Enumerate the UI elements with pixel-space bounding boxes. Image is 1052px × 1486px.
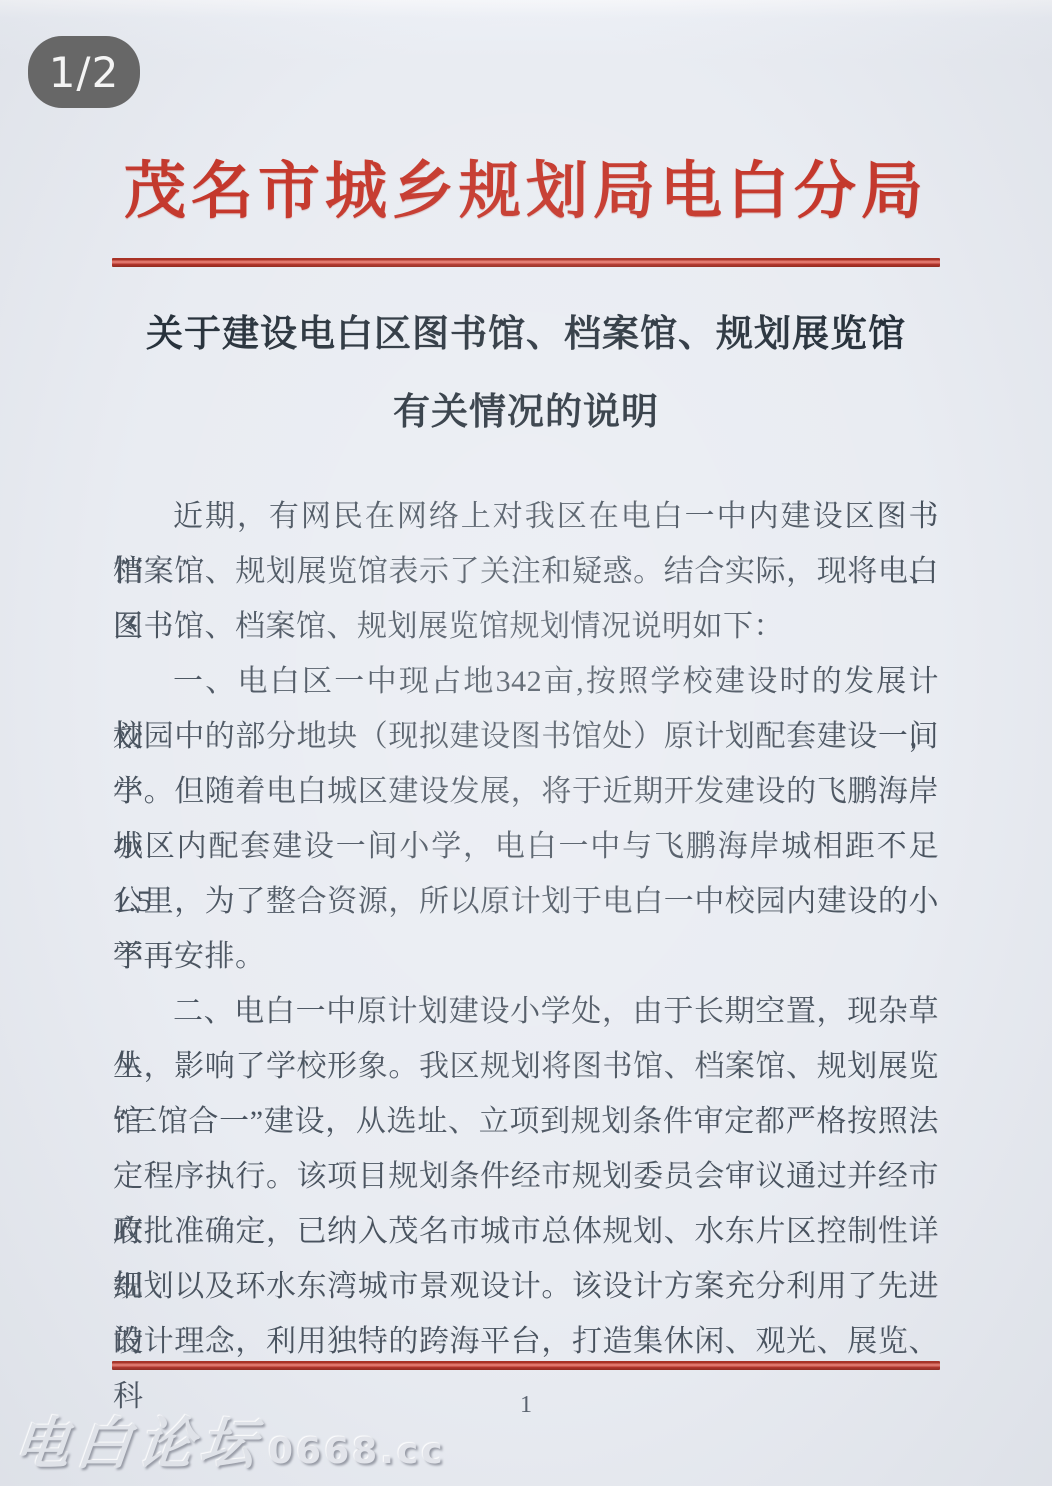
page-number: 1 (0, 1392, 1052, 1419)
body-line: 生，影响了学校形象。我区规划将图书馆、档案馆、规划展览馆 (113, 1039, 939, 1094)
letterhead-divider-rule (112, 258, 940, 267)
body-line: 学。但随着电白城区建设发展，将于近期开发建设的飞鹏海岸城 (113, 764, 939, 819)
document-subtitle-line2: 有关情况的说明 (76, 387, 976, 439)
body-line: 府批准确定，已纳入茂名市城市总体规划、水东片区控制性详细 (113, 1204, 939, 1259)
body-line: 一、电白区一中现占地342亩,按照学校建设时的发展计划， (113, 654, 939, 709)
body-line: 小区内配套建设一间小学，电白一中与飞鹏海岸城相距不足 1.5 (113, 819, 939, 874)
body-line: 校园中的部分地块（现拟建设图书馆处）原计划配套建设一间小 (113, 709, 939, 764)
body-line: 图书馆、档案馆、规划展览馆规划情况说明如下： (113, 599, 939, 654)
body-line: 设计理念，利用独特的跨海平台，打造集休闲、观光、展览、科 (113, 1314, 939, 1369)
body-line: 规划以及环水东湾城市景观设计。该设计方案充分利用了先进的 (113, 1259, 939, 1314)
body-line: 二、电白一中原计划建设小学处，由于长期空置，现杂草丛 (113, 984, 939, 1039)
document-subtitle-line1: 关于建设电白区图书馆、档案馆、规划展览馆 (76, 309, 976, 361)
body-line: 档案馆、规划展览馆表示了关注和疑惑。结合实际，现将电白区 (113, 544, 939, 599)
scanned-document-page: 1/2 茂名市城乡规划局电白分局 关于建设电白区图书馆、档案馆、规划展览馆 有关… (0, 0, 1052, 1486)
body-line: “三馆合一”建设，从选址、立项到规划条件审定都严格按照法 (113, 1094, 939, 1149)
page-indicator-badge: 1/2 (28, 36, 140, 108)
document-title: 茂名市城乡规划局电白分局 (106, 150, 946, 234)
body-line: 不再安排。 (113, 929, 939, 984)
body-line: 近期，有网民在网络上对我区在电白一中内建设区图书馆、 (113, 489, 939, 544)
body-line: 定程序执行。该项目规划条件经市规划委员会审议通过并经市政 (113, 1149, 939, 1204)
document-body: 近期，有网民在网络上对我区在电白一中内建设区图书馆、档案馆、规划展览馆表示了关注… (113, 489, 939, 1369)
watermark-site-url: 0668.cc (268, 1431, 446, 1472)
page-indicator-label: 1/2 (49, 48, 120, 97)
body-line: 公里，为了整合资源，所以原计划于电白一中校园内建设的小学 (113, 874, 939, 929)
